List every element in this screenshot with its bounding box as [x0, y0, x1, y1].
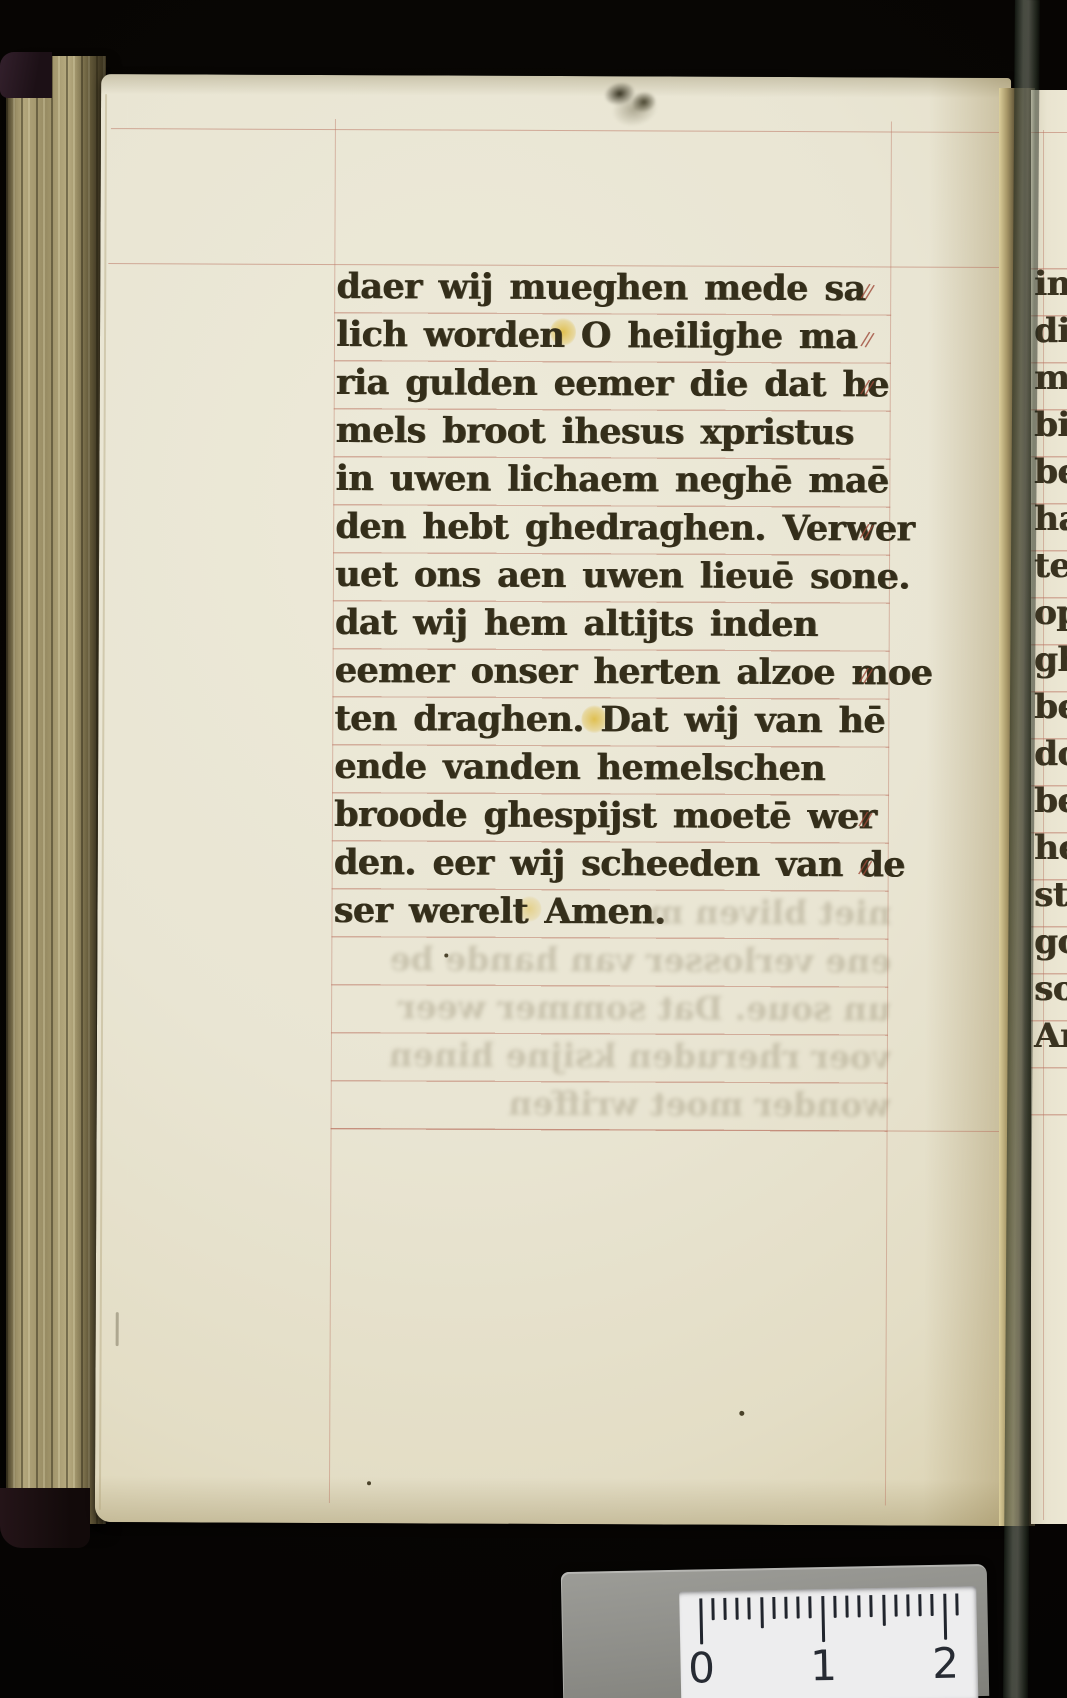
manuscript-text-line: den. eer wij scheeden van de [334, 840, 905, 890]
facing-page-text-fragment: be [1034, 779, 1067, 823]
facing-page-text-fragment: ter [1034, 544, 1067, 588]
manuscript-text-line: in uwen lichaem neghē maē [335, 456, 888, 506]
facing-page-text-fragment: go [1034, 920, 1067, 964]
ruler-tick [699, 1598, 703, 1644]
ruler-tick [796, 1597, 800, 1619]
manuscript-text-line: uet ons aen uwen lieuē sone. [335, 552, 910, 603]
page-crease-line [99, 94, 107, 1510]
manuscript-photo: daer wij mueghen mede sa lich worden O h… [0, 0, 1067, 1698]
facing-page-text-fragment: bed [1034, 450, 1067, 494]
manuscript-text-line: den hebt ghedraghen. Verwer [335, 504, 914, 555]
facing-page-text-fragment: do [1034, 732, 1067, 776]
manuscript-text-line: broode ghespijst moetē wer [334, 792, 877, 842]
ruler-tick [955, 1593, 959, 1615]
facing-page-text-fragment: son [1034, 967, 1067, 1011]
book-page-edges [6, 56, 106, 1524]
ruler-number-0: 0 [688, 1647, 716, 1690]
facing-page-text-fragment: in [1034, 262, 1067, 306]
manuscript-text-line: lich worden O heilighe ma [336, 312, 857, 362]
manuscript-text-line: daer wij mueghen mede sa [336, 264, 865, 314]
scale-card: 0 1 2 [561, 1564, 989, 1698]
ruler-number-1: 1 [810, 1645, 838, 1688]
facing-page-text-fragment: be [1034, 685, 1067, 729]
facing-page-text-fragment: op [1034, 591, 1067, 635]
facing-page-text-fragment: sta [1034, 873, 1067, 917]
ruler-tick [784, 1597, 788, 1619]
manuscript-text-line: dat wij hem altijts inden [335, 600, 818, 650]
ruler-tick [918, 1594, 922, 1616]
manuscript-text-line: mels broot ihesus xpristus [335, 408, 853, 458]
showthrough-ghost-line: niet bliven mit [649, 889, 891, 936]
manuscript-text-line: ser werelt Amen. [333, 888, 665, 937]
ruler-tick [857, 1595, 861, 1617]
showthrough-ghost-line: voer rheruden ksijne hinen [339, 1032, 891, 1080]
ruler-tick [748, 1597, 752, 1619]
manuscript-text-line: ria gulden eemer die dat he [336, 360, 889, 410]
ruler-number-2: 2 [932, 1642, 960, 1685]
ruler-tick [894, 1595, 898, 1617]
facing-page-text-fragment: gh [1034, 638, 1067, 682]
binding-edge-bottom-left [0, 1488, 90, 1548]
manuscript-text-block: daer wij mueghen mede sa lich worden O h… [331, 264, 934, 967]
ink-speck [116, 1312, 119, 1346]
ruler-tick [943, 1594, 947, 1640]
ruler-tick [760, 1597, 764, 1628]
ruler-tick [906, 1594, 910, 1616]
binding-edge-top-left [0, 52, 52, 98]
ruler-tick [723, 1598, 727, 1620]
ruler-tick [735, 1598, 739, 1620]
facing-page-text-fragment: die [1034, 309, 1067, 353]
facing-page-text-fragment: ha [1034, 497, 1067, 541]
ruler-tick [809, 1596, 813, 1618]
ruling-line-top [111, 128, 1006, 133]
manuscript-text-line: ende vanden hemelschen [334, 744, 825, 794]
manuscript-text-line: ten draghen. Dat wij van hē [334, 696, 885, 746]
ruler-tick [833, 1596, 837, 1618]
ink-speck [367, 1481, 371, 1485]
manuscript-page: daer wij mueghen mede sa lich worden O h… [95, 74, 1011, 1526]
ruler-tick [772, 1597, 776, 1619]
ruler-tick [882, 1595, 886, 1626]
facing-page-text-fragment: ma [1034, 356, 1067, 400]
ruler: 0 1 2 [679, 1586, 978, 1698]
facing-page-text-fragment: bid [1034, 403, 1067, 447]
facing-page-text-fragment: her [1034, 826, 1067, 870]
showthrough-ghost-line: ene verlosser van hande be [339, 936, 891, 984]
ink-speck [739, 1411, 744, 1416]
ruler-tick [845, 1596, 849, 1618]
manuscript-text-line: eemer onser herten alzoe moe [334, 648, 932, 699]
facing-page-text-fragment: An [1034, 1014, 1067, 1058]
line-filler-mark: ∕∕ [860, 330, 873, 351]
ruler-tick [711, 1598, 715, 1620]
ruler-tick [931, 1594, 935, 1616]
showthrough-ghost-line: wonder moet wriffen [371, 1080, 891, 1128]
showthrough-ghost-line: un soue. Dat sommer weer [339, 984, 891, 1032]
ruler-tick [821, 1596, 825, 1642]
ruler-tick [870, 1595, 874, 1617]
